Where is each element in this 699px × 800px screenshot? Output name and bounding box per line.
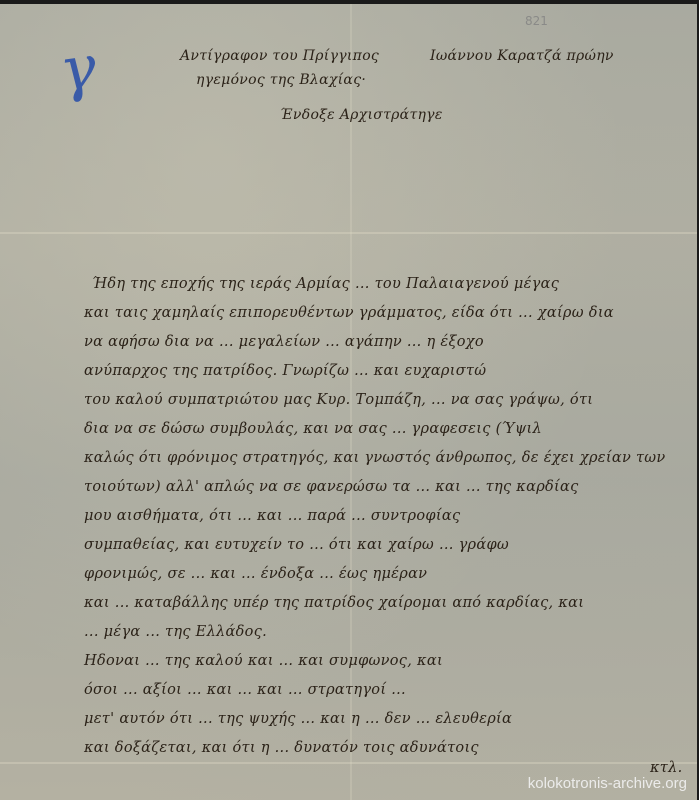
body-line: Ήδη της εποχής της ιεράς Αρμίας ... του …	[92, 276, 559, 292]
watermark: kolokotronis-archive.org	[528, 775, 687, 792]
body-line: φρονιμώς, σε ... και ... ένδοξα ... έως …	[84, 566, 427, 582]
body-line: ... μέγα ... της Ελλάδος.	[84, 624, 267, 640]
fold-crease	[0, 232, 697, 234]
margin-mark: γ	[55, 32, 100, 106]
body-line: όσοι ... αξίοι ... και ... και ... στρατ…	[84, 682, 406, 698]
body-line: συμπαθείας, και ευτυχείν το ... ότι και …	[84, 537, 509, 553]
archive-number: 821	[525, 14, 548, 28]
header-line-1-right: Ιωάννου Καρατζά πρώην	[430, 48, 614, 64]
body-line: Ηδοναι ... της καλού και ... και συμφωνο…	[84, 653, 443, 669]
body-line: να αφήσω δια να ... μεγαλείων ... αγάπην…	[84, 334, 484, 350]
body-line: και ταις χαμηλαίς επιπορευθέντων γράμματ…	[84, 305, 614, 321]
header-line-2: ηγεμόνος της Βλαχίας·	[196, 72, 366, 88]
body-line: του καλού συμπατριώτου μας Κυρ. Τομπάζη,…	[84, 392, 593, 408]
salutation: Ένδοξε Αρχιστράτηγε	[280, 107, 443, 123]
manuscript-page: γ 821 Αντίγραφον του Πρίγγιπος Ιωάννου Κ…	[0, 4, 697, 800]
body-line: μετ' αυτόν ότι ... της ψυχής ... και η .…	[84, 711, 512, 727]
header-line-1-left: Αντίγραφον του Πρίγγιπος	[180, 48, 379, 64]
body-line: και δοξάζεται, και ότι η ... δυνατόν τοι…	[84, 740, 479, 756]
body-line: ανύπαρχος της πατρίδος. Γνωρίζω ... και …	[84, 363, 486, 379]
body-line: και ... καταβάλλης υπέρ της πατρίδος χαί…	[84, 595, 584, 611]
body-line: καλώς ότι φρόνιμος στρατηγός, και γνωστό…	[84, 450, 666, 466]
body-line: δια να σε δώσω συμβουλάς, και να σας ...…	[84, 421, 542, 437]
body-line: κτλ.	[650, 760, 683, 776]
fold-crease	[0, 762, 697, 764]
body-line: τοιούτων) αλλ' απλώς να σε φανερώσω τα .…	[84, 479, 579, 495]
body-line: μου αισθήματα, ότι ... και ... παρά ... …	[84, 508, 460, 524]
